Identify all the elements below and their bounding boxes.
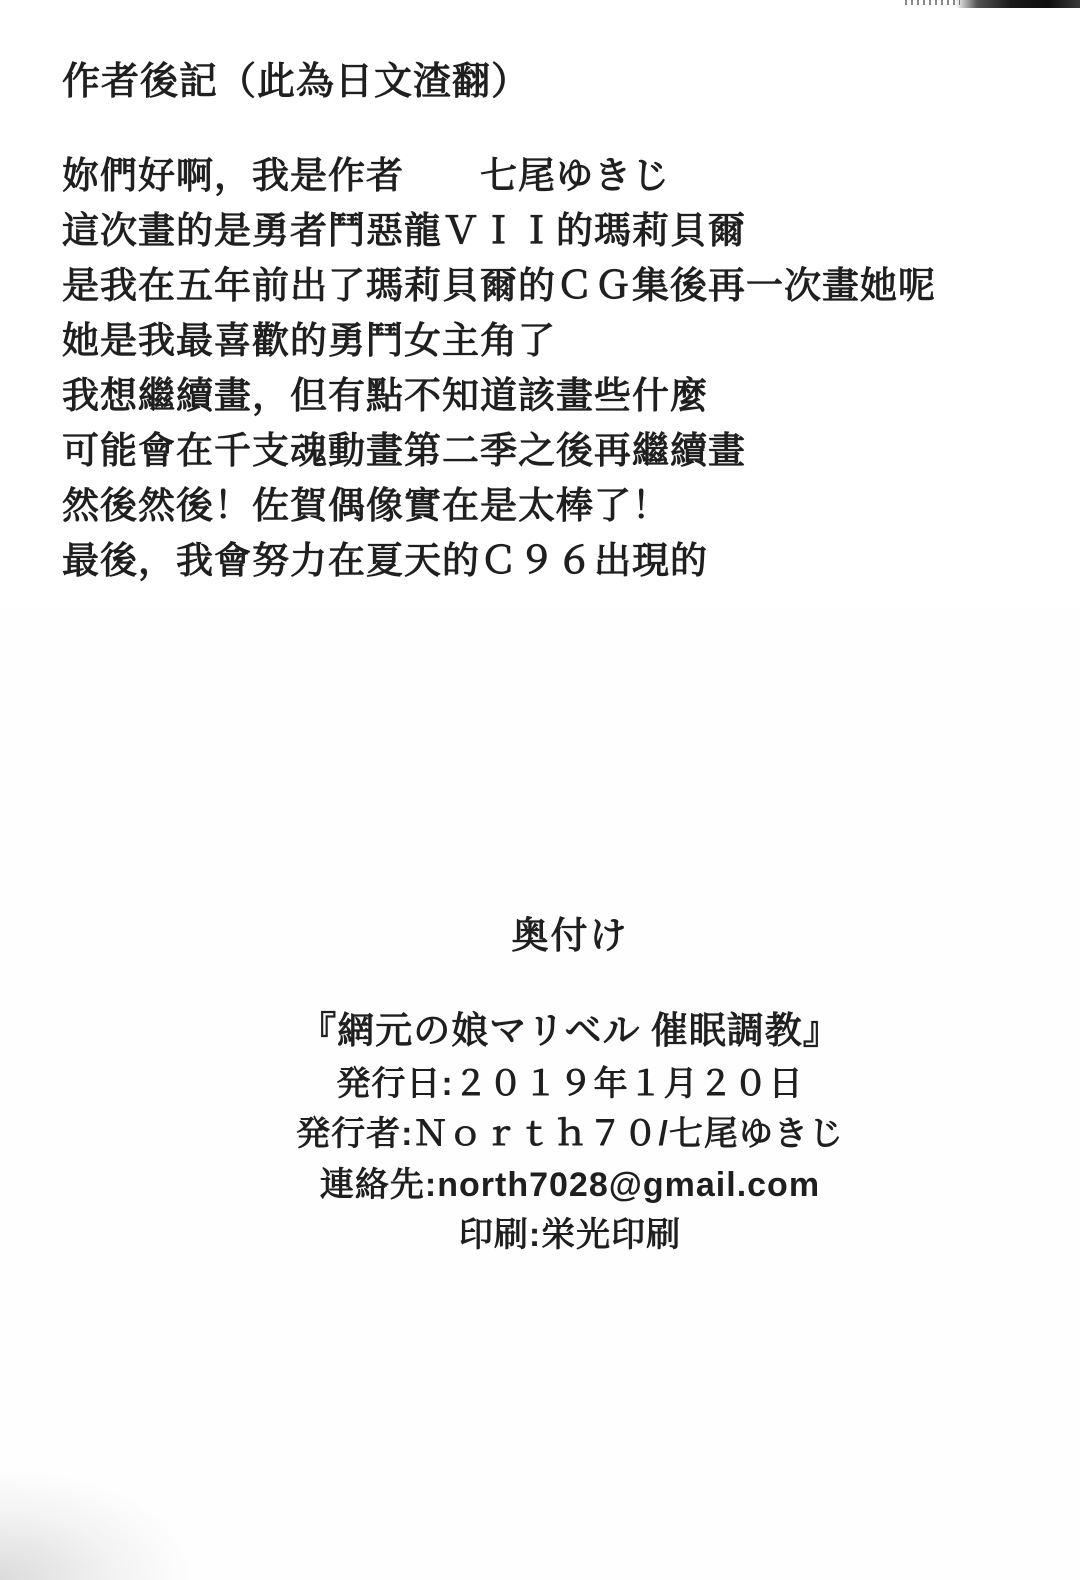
afterword-line: 然後然後！佐賀偶像實在是太棒了！ — [62, 478, 1022, 533]
afterword-line: 妳們好啊，我是作者 七尾ゆきじ — [62, 148, 1022, 203]
colophon-book-title: 『網元の娘マリベル 催眠調教』 — [60, 1000, 1080, 1054]
afterword-line: 最後，我會努力在夏天的Ｃ９６出現的 — [62, 533, 1022, 588]
afterword-heading: 作者後記（此為日文渣翻） — [62, 50, 530, 105]
scan-artifact-stipple — [905, 0, 960, 5]
scan-artifact-streak — [955, 0, 1080, 8]
colophon-contact-email: 連絡先:north7028@gmail.com — [60, 1157, 1080, 1206]
colophon-heading: 奥付け — [60, 905, 1080, 959]
afterword-body: 妳們好啊，我是作者 七尾ゆきじ 這次畫的是勇者鬥惡龍ＶＩＩ的瑪莉貝爾 是我在五年… — [62, 148, 1022, 588]
colophon-printer: 印刷:栄光印刷 — [60, 1207, 1080, 1256]
afterword-line: 是我在五年前出了瑪莉貝爾的ＣＧ集後再一次畫她呢 — [62, 258, 1022, 313]
colophon-publisher: 発行者:Ｎｏｒｔｈ７０/七尾ゆきじ — [60, 1106, 1080, 1155]
afterword-line: 她是我最喜歡的勇鬥女主角了 — [62, 313, 1022, 368]
afterword-line: 這次畫的是勇者鬥惡龍ＶＩＩ的瑪莉貝爾 — [62, 203, 1022, 258]
afterword-line: 可能會在千支魂動畫第二季之後再繼續畫 — [62, 423, 1022, 478]
colophon-publish-date: 発行日:２０１９年１月２０日 — [60, 1056, 1080, 1105]
afterword-line: 我想繼續畫，但有點不知道該畫些什麼 — [62, 368, 1022, 423]
scanned-page: 作者後記（此為日文渣翻） 妳們好啊，我是作者 七尾ゆきじ 這次畫的是勇者鬥惡龍Ｖ… — [0, 0, 1080, 1580]
